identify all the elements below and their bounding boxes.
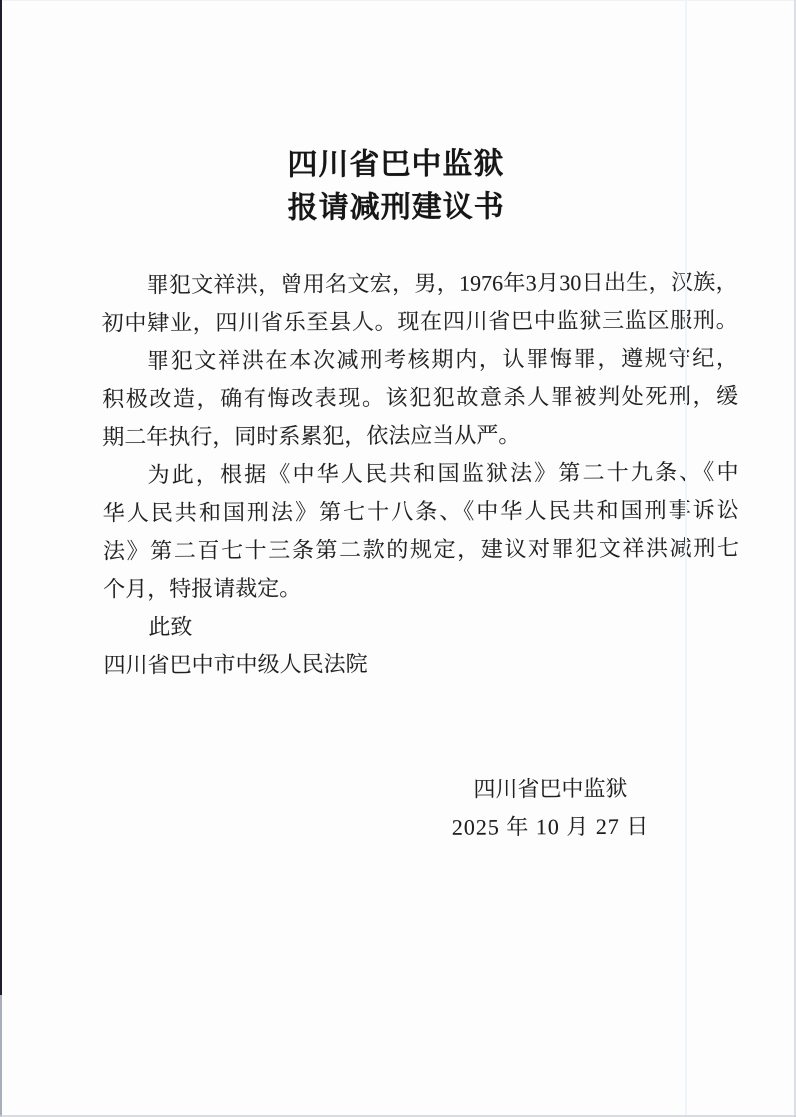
document-page: 四川省巴中监狱 报请减刑建议书 罪犯文祥洪，曾用名文宏，男，1976年3月30日… xyxy=(0,0,796,1117)
signature-organization: 四川省巴中监狱 xyxy=(452,770,650,809)
scan-edge-top xyxy=(0,0,796,1)
document-line: 初中肄业，四川省乐至县人。现在四川省巴中监狱三监区服刑。 xyxy=(102,301,738,342)
scan-fold-line xyxy=(685,0,687,1117)
document-title-line-1: 四川省巴中监狱 xyxy=(0,141,794,188)
document-line: 个月，特报请裁定。 xyxy=(103,567,739,608)
signature-date: 2025 年 10 月 27 日 xyxy=(452,808,650,847)
document-title: 四川省巴中监狱 报请减刑建议书 xyxy=(0,141,794,231)
document-line: 积极改造，确有悔改表现。该犯犯故意杀人罪被判处死刑，缓 xyxy=(102,377,738,418)
document-line: 罪犯文祥洪在本次减刑考核期内，认罪悔罪，遵规守纪， xyxy=(102,339,738,380)
document-content: 四川省巴中监狱 报请减刑建议书 罪犯文祥洪，曾用名文宏，男，1976年3月30日… xyxy=(0,0,796,1117)
document-body: 罪犯文祥洪，曾用名文宏，男，1976年3月30日出生，汉族， 初中肄业，四川省乐… xyxy=(101,263,739,684)
document-line: 期二年执行，同时系累犯，依法应当从严。 xyxy=(102,415,738,456)
document-salutation: 此致 xyxy=(103,605,739,646)
document-line: 法》第二百七十三条第二款的规定，建议对罪犯文祥洪减刑七 xyxy=(103,529,739,570)
scan-edge-left-dark xyxy=(0,0,2,995)
document-line: 罪犯文祥洪，曾用名文宏，男，1976年3月30日出生，汉族， xyxy=(101,263,737,304)
document-addressee: 四川省巴中市中级人民法院 xyxy=(103,643,739,684)
document-line: 为此，根据《中华人民共和国监狱法》第二十九条、《中 xyxy=(102,453,738,494)
document-line: 华人民共和国刑法》第七十八条、《中华人民共和国刑事诉讼 xyxy=(103,491,739,532)
scan-edge-left-light xyxy=(0,995,2,1117)
document-title-line-2: 报请减刑建议书 xyxy=(0,184,794,231)
signature-block: 四川省巴中监狱 2025 年 10 月 27 日 xyxy=(452,770,650,847)
